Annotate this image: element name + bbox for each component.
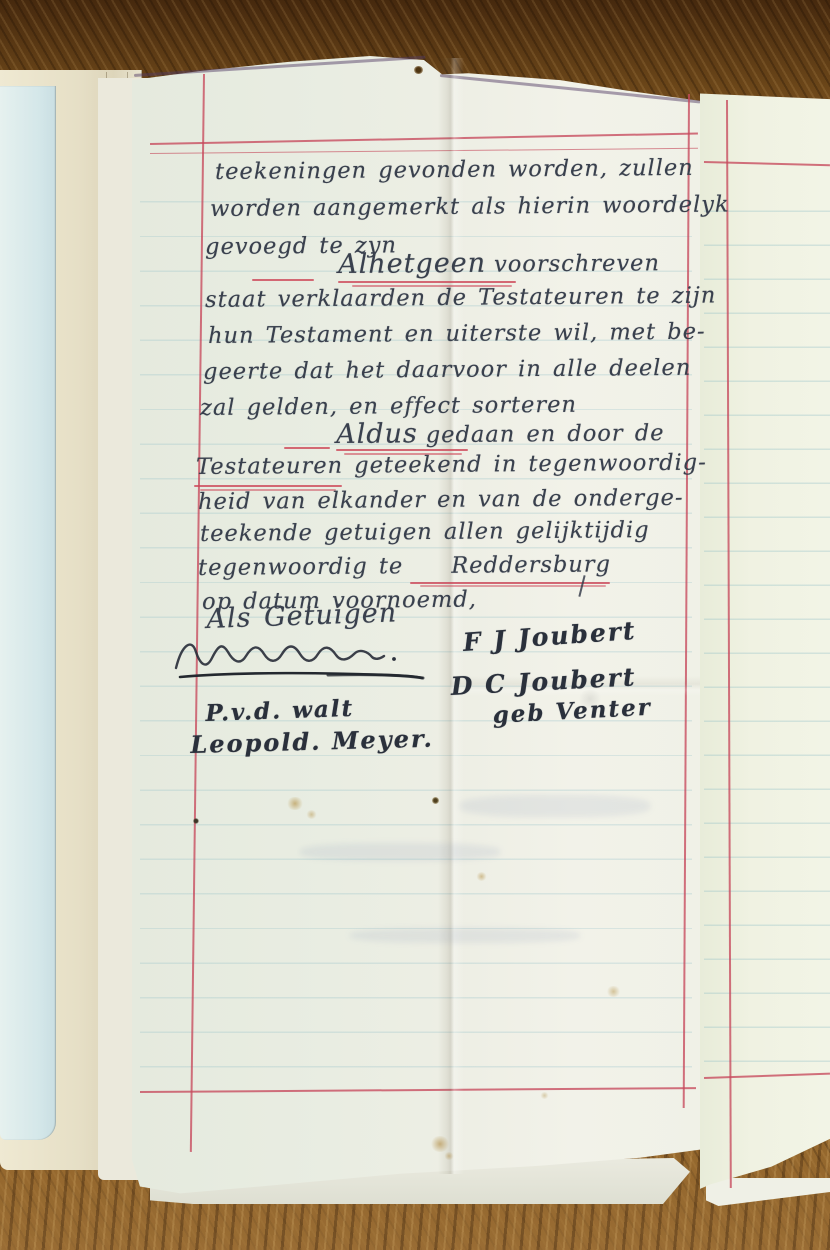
manuscript-line: teekende getuigen allen gelijktijdig	[200, 518, 650, 547]
stain	[306, 810, 317, 819]
stain	[444, 1152, 454, 1160]
manuscript-line: hun Testament en uiterste wil, met be-	[208, 320, 706, 349]
manuscript-line: geerte dat het daarvoor in alle deelen	[203, 356, 691, 385]
place-name: Reddersburg	[451, 551, 611, 578]
manuscript-line: worden aangemerkt als hierin woordelyk	[210, 192, 730, 221]
right-blank-page	[700, 88, 830, 1200]
ink-bleedthrough	[350, 928, 580, 943]
vertical-fold-crease	[438, 58, 464, 1174]
photograph-of-testament-page: teekeningen gevonden worden, zullen word…	[0, 0, 830, 1250]
stain	[540, 1092, 549, 1099]
red-underline-testateuren	[194, 485, 342, 487]
manuscript-line: tegenwoordig teReddersburg	[198, 552, 611, 580]
ink-bleedthrough	[300, 843, 500, 861]
manuscript-text: voorschreven	[494, 250, 660, 277]
manuscript-line: heid van elkander en van de onderge-	[198, 486, 684, 515]
manuscript-line: Alhetgeenvoorschreven	[338, 247, 660, 279]
illegible-signature-scrawl-icon	[172, 630, 426, 684]
manuscript-line: teekeningen gevonden worden, zullen	[215, 156, 694, 185]
stain	[476, 872, 487, 881]
manuscript-line: Aldusgedaan en door de	[336, 417, 665, 450]
emphasized-word: Alhetgeen	[338, 248, 486, 280]
red-dash	[252, 279, 314, 281]
stain	[286, 797, 304, 810]
stain	[414, 66, 423, 74]
stain	[193, 818, 199, 824]
stain	[430, 1136, 450, 1152]
signature-witness-2: P.v.d. walt	[205, 695, 355, 727]
red-underline-reddersburg	[410, 582, 610, 584]
manuscript-line: zal gelden, en effect sorteren	[200, 393, 577, 421]
red-underline-alhetgeen	[338, 281, 516, 283]
ink-bleedthrough	[460, 795, 650, 817]
stain	[432, 797, 439, 804]
manuscript-line: staat verklaarden de Testateuren te zijn	[205, 284, 716, 313]
underlying-page-edge-blue	[0, 86, 56, 1140]
manuscript-text: tegenwoordig te	[198, 553, 403, 581]
red-dash	[284, 447, 330, 449]
stain	[606, 986, 621, 997]
manuscript-line: Testateuren geteekend in tegenwoordig-	[196, 451, 707, 480]
emphasized-word: Aldus	[336, 418, 418, 450]
manuscript-text: gedaan en door de	[426, 420, 665, 448]
